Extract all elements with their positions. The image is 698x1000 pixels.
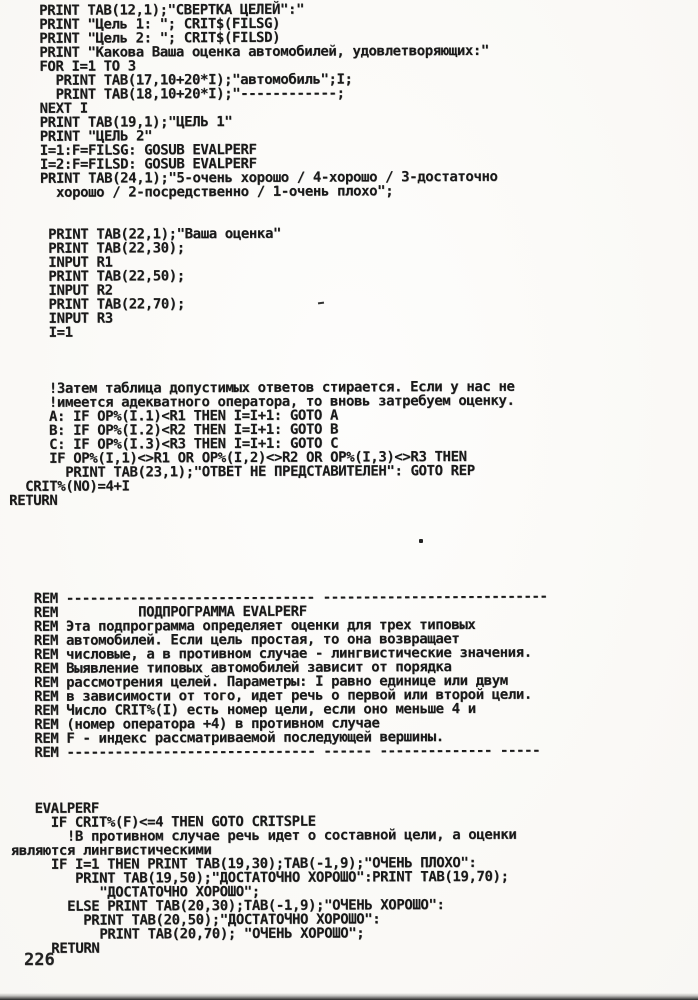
basic-program-listing: PRINT TAB(12,1);"СВЕРТКА ЦЕЛЕЙ":" PRINT … [7,2,549,956]
scanned-book-page: PRINT TAB(12,1);"СВЕРТКА ЦЕЛЕЙ":" PRINT … [0,0,698,1000]
scan-speck [419,539,423,543]
page-number: 226 [24,950,55,970]
scan-edge-shadow [0,993,698,1000]
